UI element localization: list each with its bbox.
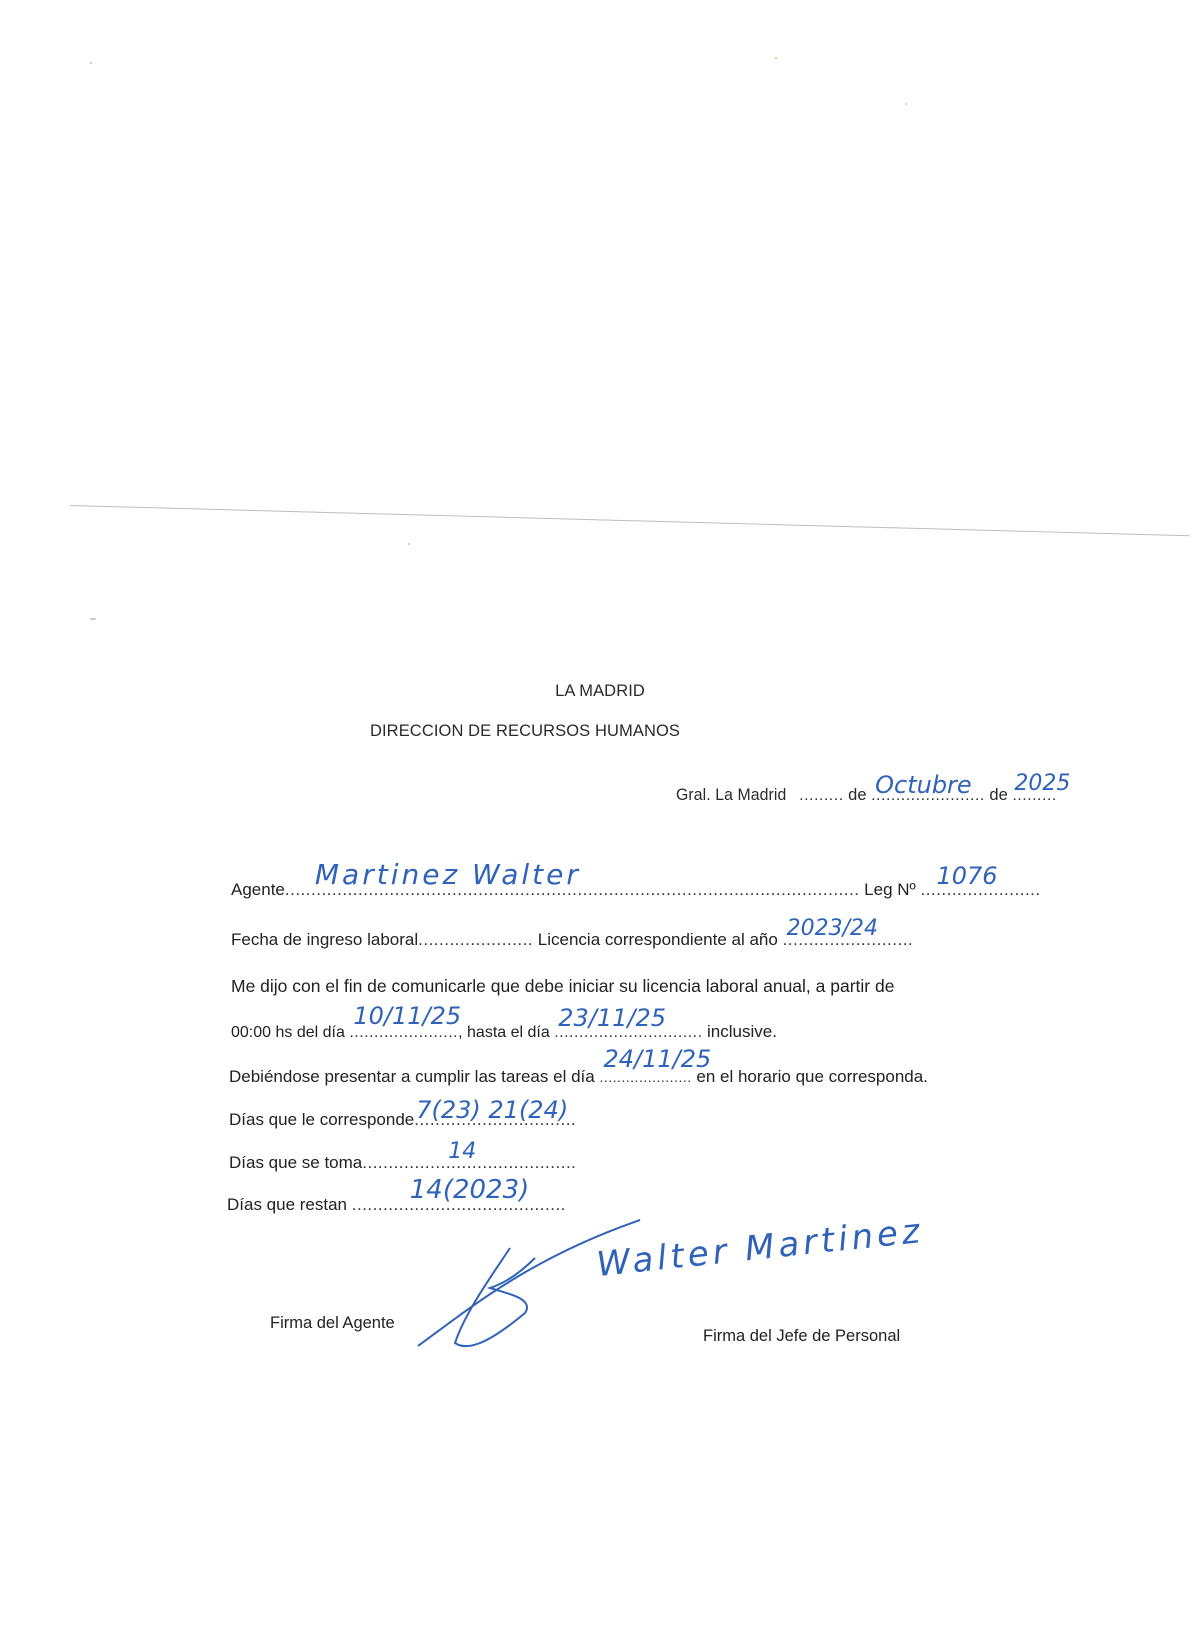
scan-speck (408, 543, 410, 545)
licencia-field[interactable]: .........................2023/24 (783, 930, 914, 950)
boss-signature-label: Firma del Jefe de Personal (703, 1327, 900, 1346)
restan-label: Días que restan (227, 1195, 347, 1214)
return-prefix: Debiéndose presentar a cumplir las tarea… (229, 1067, 595, 1086)
de-label: de (848, 786, 867, 804)
month-field[interactable]: ....................... Octubre (871, 787, 985, 805)
leg-field[interactable]: .......................1076 (920, 880, 1040, 900)
from-field[interactable]: ......................10/11/25 (349, 1024, 458, 1042)
corresponde-label: Días que le corresponde (229, 1110, 414, 1129)
agent-label: Agente (231, 880, 285, 899)
inclusive-label: inclusive. (707, 1022, 777, 1041)
date-line: Gral. La Madrid ......... de ...........… (676, 785, 1057, 805)
day-field[interactable]: ......... (799, 787, 844, 804)
ingreso-label: Fecha de ingreso laboral (231, 930, 418, 949)
until-label: , hasta el día (458, 1024, 550, 1041)
corresponde-field[interactable]: ...............................7(23) 21(… (414, 1110, 576, 1130)
restan-field[interactable]: ........................................… (352, 1195, 566, 1215)
days-toma-line: Días que se toma........................… (229, 1153, 576, 1173)
from-value: 10/11/25 (353, 1002, 461, 1030)
month-value: Octubre (875, 771, 972, 799)
place-label: Gral. La Madrid (676, 785, 786, 805)
restan-value: 14(2023) (410, 1175, 530, 1205)
agent-field[interactable]: ........................................… (285, 880, 860, 900)
from-prefix: 00:00 hs del día (231, 1024, 345, 1041)
agent-signature-scribble (410, 1218, 650, 1358)
return-field[interactable]: .....................24/11/25 (599, 1067, 691, 1087)
leg-label: Leg Nº (864, 880, 916, 899)
toma-label: Días que se toma (229, 1153, 362, 1172)
scan-speck (775, 57, 777, 59)
year-field[interactable]: ......... 2025 (1012, 787, 1057, 805)
toma-value: 14 (448, 1139, 476, 1164)
department-title: DIRECCION DE RECURSOS HUMANOS (0, 722, 1125, 741)
return-value: 24/11/25 (603, 1045, 711, 1073)
licencia-label: Licencia correspondiente al año (538, 930, 778, 949)
body-line-3: Debiéndose presentar a cumplir las tarea… (229, 1067, 928, 1087)
licencia-value: 2023/24 (787, 916, 878, 941)
organization-title: LA MADRID (0, 682, 1200, 701)
return-suffix: en el horario que corresponda. (696, 1067, 928, 1086)
days-corresponde-line: Días que le corresponde.................… (229, 1110, 576, 1130)
days-restan-line: Días que restan ........................… (227, 1195, 566, 1215)
toma-field[interactable]: ........................................… (362, 1153, 576, 1173)
de-label-2: de (989, 786, 1008, 804)
body-line-1: Me dijo con el fin de comunicarle que de… (231, 976, 894, 997)
corresponde-value: 7(23) 21(24) (416, 1096, 568, 1124)
page-fold-line (70, 505, 1190, 536)
scan-speck (905, 103, 907, 105)
agent-value: Martinez Walter (315, 858, 581, 891)
ingreso-field[interactable]: ...................... (418, 930, 533, 949)
ingreso-line: Fecha de ingreso laboral................… (231, 930, 913, 950)
until-field[interactable]: ..............................23/11/25 (554, 1024, 702, 1042)
until-value: 23/11/25 (558, 1004, 666, 1032)
leg-value: 1076 (936, 862, 997, 890)
scan-speck (90, 62, 92, 64)
body-line-2: 00:00 hs del día ......................1… (231, 1022, 777, 1042)
agent-line: Agente..................................… (231, 880, 1041, 900)
scan-speck (90, 618, 96, 620)
year-value: 2025 (1014, 771, 1070, 796)
agent-signature-label: Firma del Agente (270, 1314, 395, 1333)
